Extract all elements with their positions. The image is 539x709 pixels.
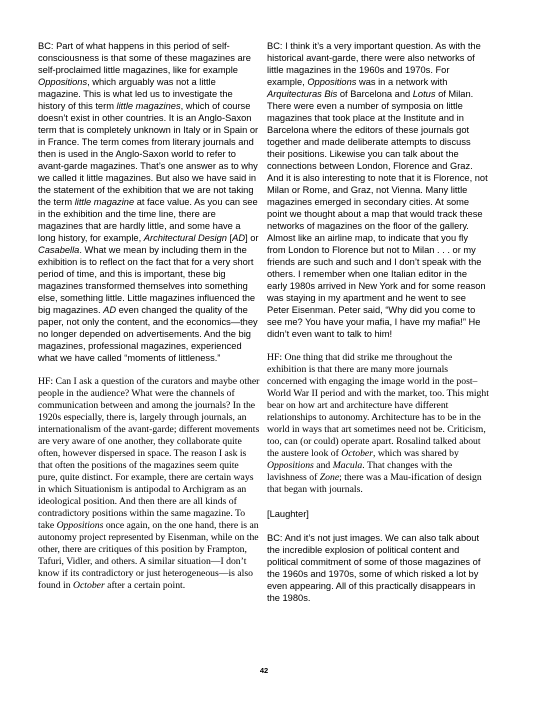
text-segment: BC: And it’s not just images. We can als…: [267, 533, 480, 603]
text-segment: Arquitecturas Bis: [267, 89, 337, 99]
text-segment: of Milan. There were even a number of sy…: [267, 89, 488, 339]
text-segment: Casabella: [38, 245, 79, 255]
paragraph: BC: Part of what happens in this period …: [38, 40, 260, 364]
left-column: BC: Part of what happens in this period …: [38, 40, 260, 616]
text-segment: BC: Part of what happens in this period …: [38, 41, 251, 75]
page-number: 42: [38, 666, 490, 675]
text-segment: was in a network with: [356, 77, 447, 87]
paragraph: BC: I think it’s a very important questi…: [267, 40, 489, 340]
text-segment: Oppositions: [38, 77, 87, 87]
paragraph: [Laughter]: [267, 508, 489, 520]
text-segment: Zone: [320, 472, 339, 483]
text-segment: HF: Can I ask a question of the curators…: [38, 376, 259, 531]
text-segment: AD: [232, 233, 245, 243]
right-column: BC: I think it’s a very important questi…: [267, 40, 489, 616]
text-segment: ] or: [245, 233, 258, 243]
text-segment: HF: One thing that did strike me through…: [267, 352, 489, 459]
paragraph: HF: Can I ask a question of the curators…: [38, 376, 260, 592]
text-segment: Oppositions: [267, 460, 314, 471]
document-page: BC: Part of what happens in this period …: [0, 0, 539, 709]
text-segment: of Barcelona and: [337, 89, 412, 99]
text-segment: Oppositions: [307, 77, 356, 87]
text-segment: after a certain point.: [105, 580, 185, 591]
text-segment: Macula: [333, 460, 363, 471]
paragraph: BC: And it’s not just images. We can als…: [267, 532, 489, 604]
text-segment: Architectural Design: [144, 233, 227, 243]
text-segment: [Laughter]: [267, 509, 309, 519]
text-segment: Lotus: [413, 89, 436, 99]
text-columns: BC: Part of what happens in this period …: [38, 40, 490, 616]
paragraph: HF: One thing that did strike me through…: [267, 352, 489, 496]
text-segment: little magazine: [75, 197, 134, 207]
text-segment: October: [341, 448, 373, 459]
text-segment: Oppositions: [57, 520, 104, 531]
text-segment: October: [73, 580, 105, 591]
text-segment: AD: [103, 305, 116, 315]
text-segment: , which of course doesn’t exist in other…: [38, 101, 258, 207]
text-segment: little magazines: [117, 101, 181, 111]
text-segment: and: [314, 460, 333, 471]
text-segment: , which was shared by: [373, 448, 459, 459]
